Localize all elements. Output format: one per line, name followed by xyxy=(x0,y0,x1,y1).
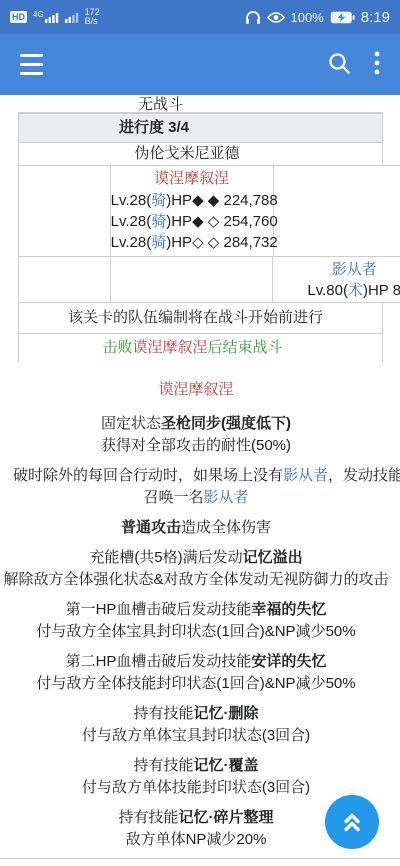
text-segment: 记忆·覆盖 xyxy=(194,757,259,774)
detail-line: 破时除外的每回合行动时，如果场上没有影从者，发动技能灵魂之 xyxy=(13,465,400,487)
text-segment: )HP xyxy=(166,234,192,251)
shadow-cell-empty-1 xyxy=(19,257,111,302)
wiki-link[interactable]: 影从者 xyxy=(204,489,249,506)
enemy-cell-boss: 谟涅摩叙涅 Lv.28(骑)HP◆ ◆ 224,788Lv.28(骑)HP◆ ◇… xyxy=(111,166,274,256)
detail-line: 固定状态圣枪同步(强度低下) xyxy=(0,413,392,435)
detail-line: 获得对全部攻击的耐性(50%) xyxy=(0,435,392,457)
detail-paragraph: 第二HP血槽击破后发动技能安详的失忆付与敌方全体技能封印状态(1回合)&NP减少… xyxy=(0,651,392,695)
menu-button[interactable] xyxy=(20,54,43,75)
network-speed: 172 B/s xyxy=(85,8,100,26)
shadow-servant-level: Lv.80(术)HP 8 xyxy=(273,280,400,301)
divider xyxy=(0,858,400,859)
kebab-menu-icon xyxy=(374,51,380,75)
text-segment: 解除敌方全体强化状态&对敌方全体发动无视防御力的攻击 xyxy=(3,571,388,588)
status-bar-right: 100% 8:19 xyxy=(245,9,390,26)
no-battle-text: 无战斗 xyxy=(18,97,383,113)
shadow-cell-empty-2 xyxy=(111,257,274,302)
enemy-detail-title-link[interactable]: 谟涅摩叙涅 xyxy=(0,379,392,401)
enemy-row: 谟涅摩叙涅 Lv.28(骑)HP◆ ◆ 224,788Lv.28(骑)HP◆ ◇… xyxy=(19,166,400,256)
enemy-cell-right xyxy=(274,166,400,256)
enemy-hp-line: Lv.28(骑)HP◆ ◆ 224,788 xyxy=(111,190,273,211)
text-segment: Lv.28( xyxy=(111,234,152,251)
text-segment: 持有技能 xyxy=(133,757,193,774)
text-segment: 付与敌方全体技能封印状态(1回合)&NP减少50% xyxy=(36,675,355,692)
text-segment: 持有技能 xyxy=(133,705,193,722)
text-segment: Lv.28( xyxy=(111,213,152,230)
detail-paragraph: 第一HP血槽击破后发动技能幸福的失忆付与敌方全体宝具封印状态(1回合)&NP减少… xyxy=(0,599,392,643)
detail-paragraph: 普通攻击造成全体伤害 xyxy=(0,517,392,539)
detail-line: 充能槽(共5格)满后发动记忆溢出 xyxy=(0,547,392,569)
enemy-details: 谟涅摩叙涅 固定状态圣枪同步(强度低下)获得对全部攻击的耐性(50%)破时除外的… xyxy=(0,379,392,851)
wiki-link[interactable]: 术 xyxy=(348,282,363,299)
detail-paragraph: 持有技能记忆·覆盖付与敌方单体技能封印状态(3回合) xyxy=(0,755,392,799)
text-segment: 记忆·碎片整理 xyxy=(179,809,274,826)
status-bar-left: HD 4G 172 B/s xyxy=(10,8,100,26)
search-button[interactable] xyxy=(326,50,352,79)
detail-paragraphs: 固定状态圣枪同步(强度低下)获得对全部攻击的耐性(50%)破时除外的每回合行动时… xyxy=(0,413,392,851)
detail-paragraph: 持有技能记忆·删除付与敌方单体宝具封印状态(3回合) xyxy=(0,703,392,747)
text-segment: 圣枪同步(强度低下) xyxy=(161,415,291,432)
text-segment: 后结束战斗 xyxy=(208,339,283,356)
shadow-cell: 影从者 Lv.80(术)HP 8 xyxy=(273,257,400,302)
text-segment: )HP xyxy=(166,213,192,230)
battery-icon xyxy=(330,11,355,24)
text-segment: )HP 8 xyxy=(363,282,400,299)
screen: HD 4G 172 B/s xyxy=(0,0,400,866)
search-icon xyxy=(326,50,352,76)
enemy-grid: 谟涅摩叙涅 Lv.28(骑)HP◆ ◆ 224,788Lv.28(骑)HP◆ ◇… xyxy=(18,165,400,303)
text-segment: 第一HP血槽击破后发动技能 xyxy=(66,601,252,618)
text-segment: 普通攻击 xyxy=(121,519,181,536)
red-link[interactable]: 谟涅摩叙涅 xyxy=(132,339,207,356)
text-segment: 第二HP血槽击破后发动技能 xyxy=(66,653,252,670)
win-condition: 击败谟涅摩叙涅后结束战斗 xyxy=(18,334,383,362)
scroll-top-fab[interactable] xyxy=(325,795,379,849)
text-segment: 安详的失忆 xyxy=(251,653,326,670)
detail-line: 持有技能记忆·删除 xyxy=(0,703,392,725)
text-segment: 284,732 xyxy=(219,234,277,251)
detail-paragraph: 破时除外的每回合行动时，如果场上没有影从者，发动技能灵魂之召唤一名影从者 xyxy=(0,465,392,509)
overflow-menu-button[interactable] xyxy=(374,51,380,78)
detail-line: 第二HP血槽击破后发动技能安详的失忆 xyxy=(0,651,392,673)
double-chevron-up-icon xyxy=(338,808,366,836)
detail-line: 付与敌方全体技能封印状态(1回合)&NP减少50% xyxy=(0,673,392,695)
eye-comfort-icon xyxy=(267,11,285,24)
enemy-hp-lines: Lv.28(骑)HP◆ ◆ 224,788Lv.28(骑)HP◆ ◇ 254,7… xyxy=(111,190,273,253)
text-segment: 充能槽(共5格)满后发动 xyxy=(89,549,242,566)
text-segment: 付与敌方单体宝具封印状态(3回合) xyxy=(82,727,310,744)
text-segment: 幸福的失忆 xyxy=(251,601,326,618)
formation-note: 该关卡的队伍编制将在战斗开始前进行 xyxy=(18,303,383,334)
battery-percent: 100% xyxy=(291,10,324,25)
text-segment: 召唤一名 xyxy=(143,489,203,506)
wiki-link[interactable]: 影从者 xyxy=(283,467,328,484)
text-segment: ◆ ◇ xyxy=(192,213,219,230)
text-segment: 造成全体伤害 xyxy=(181,519,271,536)
wiki-link[interactable]: 骑 xyxy=(151,234,166,251)
quest-table: 进行度 3/4 伪伦戈米尼亚德 谟涅摩叙涅 Lv.28(骑)HP◆ ◆ 224,… xyxy=(18,113,383,362)
text-segment: 付与敌方全体宝具封印状态(1回合)&NP减少50% xyxy=(36,623,355,640)
signal-icon-sim1: 4G xyxy=(33,11,59,23)
detail-line: 付与敌方单体技能封印状态(3回合) xyxy=(0,777,392,799)
wiki-link[interactable]: 骑 xyxy=(151,192,166,209)
enemy-name-link[interactable]: 谟涅摩叙涅 xyxy=(111,168,273,190)
text-segment: 获得对全部攻击的耐性(50%) xyxy=(101,437,291,454)
text-segment: 224,788 xyxy=(219,192,277,209)
status-bar: HD 4G 172 B/s xyxy=(0,0,400,34)
text-segment: Lv.28( xyxy=(111,192,152,209)
network-type-label: 4G xyxy=(33,11,44,19)
enemy-hp-line: Lv.28(骑)HP◆ ◇ 254,760 xyxy=(111,211,273,232)
text-segment: 254,760 xyxy=(219,213,277,230)
detail-line: 解除敌方全体强化状态&对敌方全体发动无视防御力的攻击 xyxy=(0,569,392,591)
hd-badge-icon: HD xyxy=(10,11,27,23)
wiki-link[interactable]: 骑 xyxy=(151,213,166,230)
enemy-hp-line: Lv.28(骑)HP◇ ◇ 284,732 xyxy=(111,232,273,253)
detail-line: 第一HP血槽击破后发动技能幸福的失忆 xyxy=(0,599,392,621)
quest-name: 伪伦戈米尼亚德 xyxy=(18,143,383,165)
detail-paragraph: 充能槽(共5格)满后发动记忆溢出解除敌方全体强化状态&对敌方全体发动无视防御力的… xyxy=(0,547,392,591)
text-segment: ◇ ◇ xyxy=(192,234,219,251)
enemy-cell-empty xyxy=(19,166,111,256)
app-bar xyxy=(0,34,400,95)
text-segment: 持有技能 xyxy=(118,809,178,826)
text-segment: 敌方单体NP减少20% xyxy=(126,831,267,848)
detail-line: 普通攻击造成全体伤害 xyxy=(0,517,392,539)
detail-line: 付与敌方单体宝具封印状态(3回合) xyxy=(0,725,392,747)
text-segment: Lv.80( xyxy=(307,282,348,299)
detail-line: 付与敌方全体宝具封印状态(1回合)&NP减少50% xyxy=(0,621,392,643)
headphones-icon xyxy=(245,10,261,25)
text-segment: 付与敌方单体技能封印状态(3回合) xyxy=(82,779,310,796)
text-segment: ，发动技能 xyxy=(328,467,400,484)
text-segment: )HP xyxy=(166,192,192,209)
detail-line: 召唤一名影从者 xyxy=(0,487,392,509)
text-segment: ◆ ◆ xyxy=(192,192,219,209)
text-segment: 记忆溢出 xyxy=(243,549,303,566)
text-segment: 记忆·删除 xyxy=(194,705,259,722)
shadow-servant-link[interactable]: 影从者 xyxy=(273,259,400,280)
signal-bars-icon xyxy=(45,12,59,23)
detail-line: 持有技能记忆·覆盖 xyxy=(0,755,392,777)
shadow-servant-row: 影从者 Lv.80(术)HP 8 xyxy=(19,256,400,302)
signal-bars-icon-2 xyxy=(65,12,79,23)
detail-paragraph: 固定状态圣枪同步(强度低下)获得对全部攻击的耐性(50%) xyxy=(0,413,392,457)
progress-header: 进行度 3/4 xyxy=(18,113,383,143)
text-segment: 破时除外的每回合行动时，如果场上没有 xyxy=(13,467,283,484)
clock: 8:19 xyxy=(361,9,390,26)
text-segment: 固定状态 xyxy=(101,415,161,432)
text-segment: 击败 xyxy=(102,339,132,356)
